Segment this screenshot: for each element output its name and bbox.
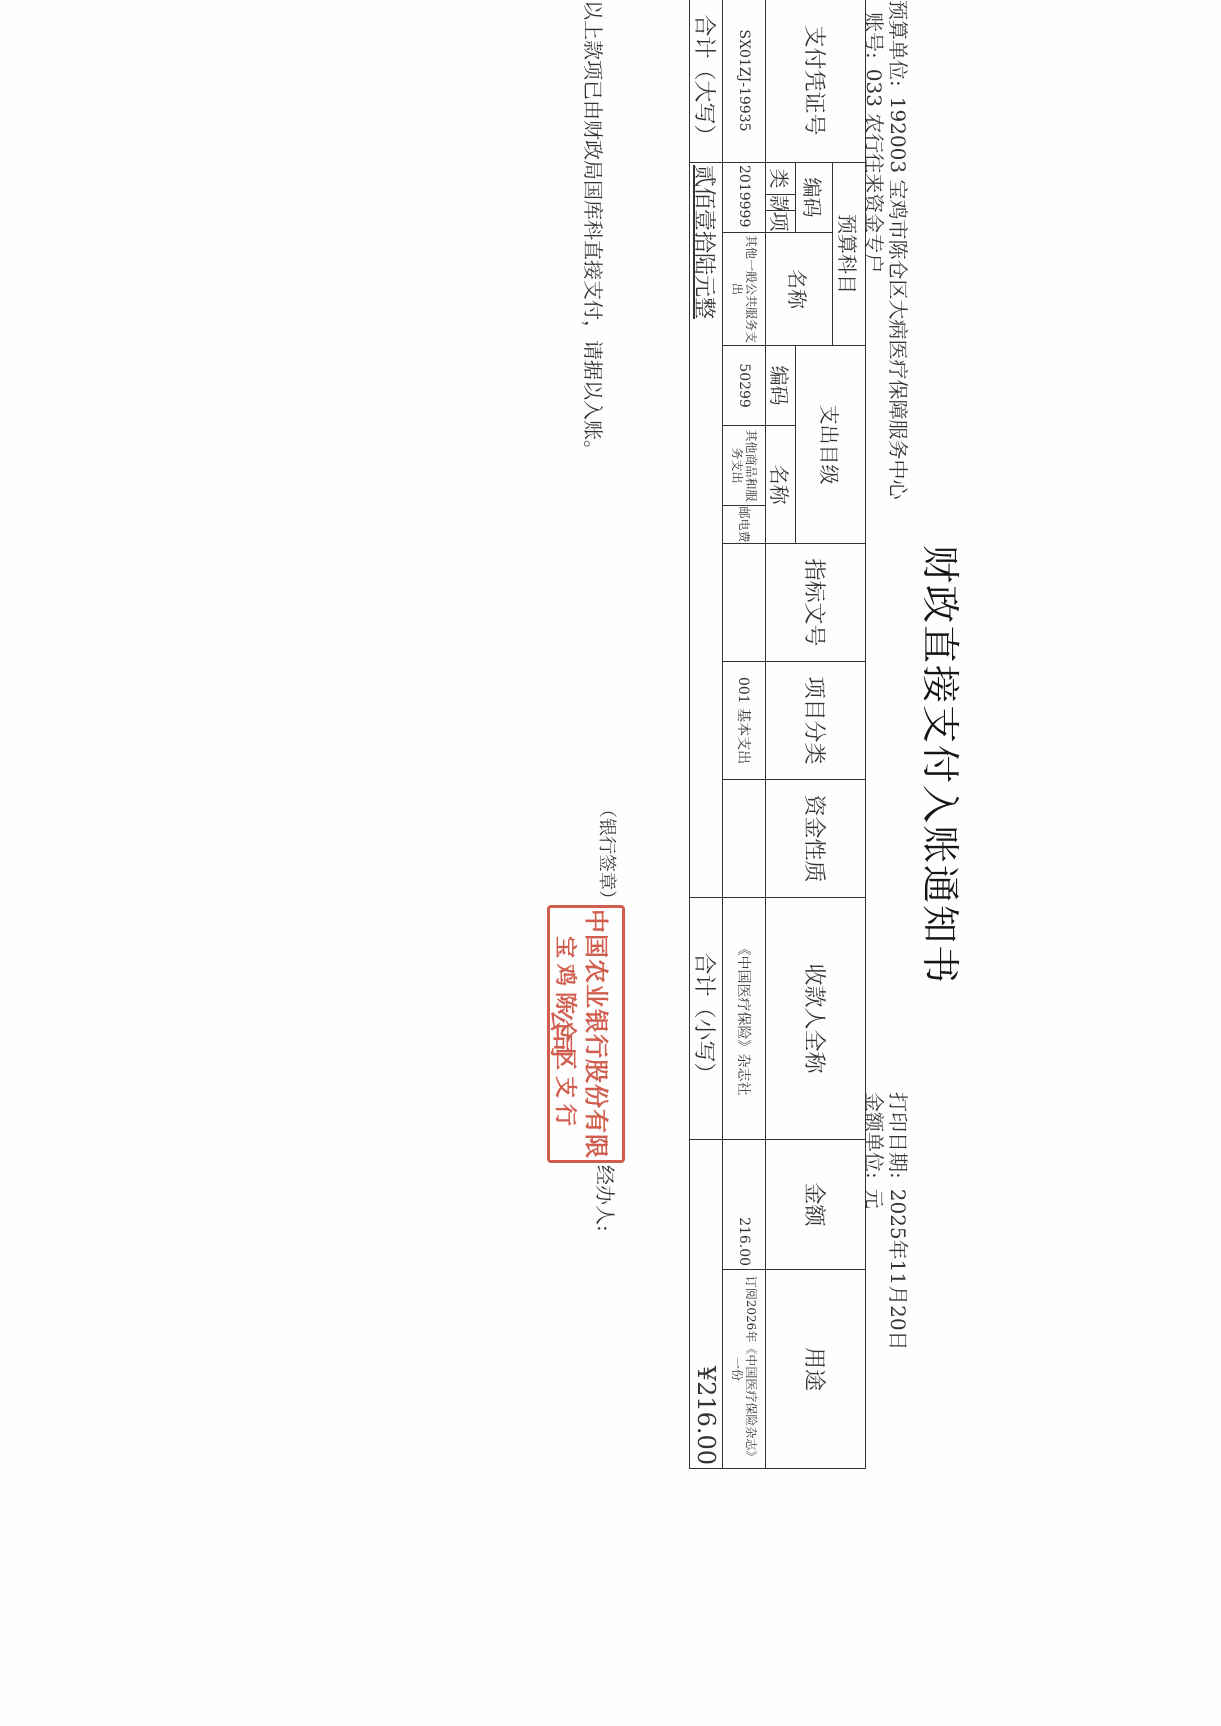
cell-voucher-no: SX01ZJ-19935	[723, 0, 766, 163]
header-budget-subject: 预算科目	[833, 163, 866, 346]
header-project-category: 项目分类	[766, 662, 866, 780]
cell-purpose: 订阅2026年《中国医疗保险杂志》一份	[723, 1270, 766, 1469]
payment-notice-page: 财政直接支付入账通知书 预算单位:192003 宝鸡市陈仓区大病医疗保障服务中心…	[0, 0, 1221, 1726]
cell-expense-name: 其他商品和服务支出	[723, 426, 766, 506]
cell-project-category: 001 基本支出	[723, 662, 766, 780]
header-budget-name: 名称	[766, 233, 833, 346]
cell-expense-code: 50299	[723, 346, 766, 426]
header-payee: 收款人全称	[766, 898, 866, 1140]
table-row: SX01ZJ-19935 2019999 其他一般公共服务支出 50299 其他…	[723, 0, 766, 1469]
cell-amount: 216.00	[723, 1140, 766, 1270]
header-lei: 类	[766, 163, 796, 195]
cell-indicator-doc	[723, 544, 766, 662]
header-amount: 金额	[766, 1140, 866, 1270]
cell-budget-name: 其他一般公共服务支出	[723, 233, 766, 346]
header-expense-code: 编码	[766, 346, 796, 426]
cell-expense-subname: 邮电费	[723, 506, 766, 544]
header-kuan: 款	[766, 195, 796, 211]
header-expense-name: 名称	[766, 426, 796, 544]
total-upper-value: 贰佰壹拾陆元整	[690, 163, 723, 898]
cell-budget-code: 2019999	[723, 163, 766, 233]
header-voucher-no: 支付凭证号	[766, 0, 866, 163]
cell-payee: 《中国医疗保险》杂志社	[723, 898, 766, 1140]
bank-sign-label: （银行签章）	[595, 800, 621, 908]
total-upper-label: 合计（大写）	[690, 0, 723, 163]
header-indicator-doc: 指标文号	[766, 544, 866, 662]
total-lower-value: ¥216.00	[690, 1140, 723, 1469]
header-xiang: 项	[766, 211, 796, 233]
handler-label: 经办人:	[592, 1165, 621, 1232]
header-budget-code: 编码	[796, 163, 833, 233]
footer-note: 以上款项已由财政局国库科直接支付，请据以入账。	[580, 0, 609, 460]
document-title: 财政直接支付入账通知书	[916, 545, 971, 985]
bank-seal-stamp: 中国农业银行股份有限公司 宝鸡陈仓区支行	[547, 905, 625, 1163]
stamp-line-2: 宝鸡陈仓区支行	[551, 908, 582, 1160]
print-date-value: 2025年11月20日	[886, 1189, 910, 1351]
header-fund-nature: 资金性质	[766, 780, 866, 898]
cell-fund-nature	[723, 780, 766, 898]
header-purpose: 用途	[766, 1270, 866, 1469]
payment-table: 支付凭证号 预算科目 支出目级 指标文号 项目分类 资金性质 收款人全称 金额 …	[689, 0, 866, 1469]
header-expense-level: 支出目级	[796, 346, 866, 544]
total-lower-label: 合计（小写）	[690, 898, 723, 1140]
